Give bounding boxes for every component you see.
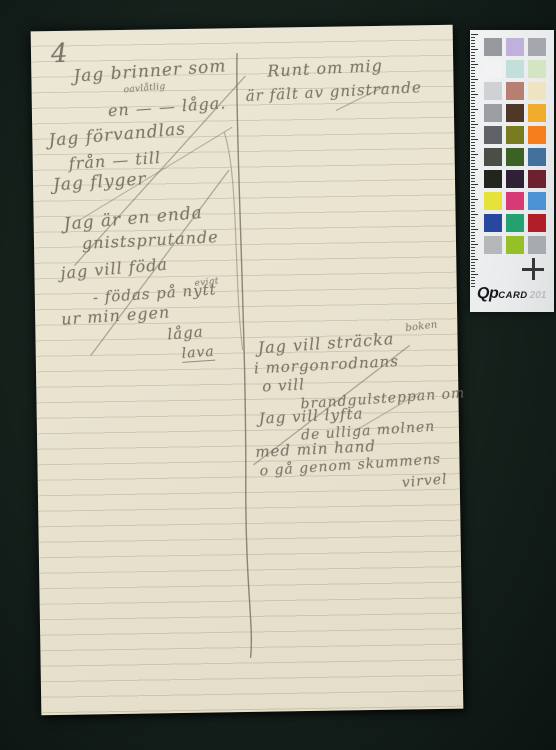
handwritten-line: en — — låga. <box>107 93 227 120</box>
color-patch-r10-c3 <box>528 236 546 254</box>
color-patch-r5-c2 <box>506 126 524 144</box>
color-patch-r1-c1 <box>484 38 502 56</box>
manuscript-page: 4 Jag brinner som oavlåtlig en — — låga.… <box>31 25 464 716</box>
handwritten-line: är fält av gnistrande <box>245 78 422 105</box>
color-patch-grid <box>484 38 546 254</box>
color-patch-r3-c1 <box>484 82 502 100</box>
handwritten-line: låga <box>167 322 205 343</box>
handwritten-line: Jag flyger <box>52 169 147 195</box>
color-patch-r5-c3 <box>528 126 546 144</box>
handwritten-line: lava <box>181 344 215 363</box>
color-patch-r4-c1 <box>484 104 502 122</box>
color-patch-r5-c1 <box>484 126 502 144</box>
color-patch-r4-c2 <box>506 104 524 122</box>
color-patch-r8-c3 <box>528 192 546 210</box>
photograph-background: 4 Jag brinner som oavlåtlig en — — låga.… <box>0 0 556 750</box>
color-patch-r7-c1 <box>484 170 502 188</box>
color-patch-r7-c3 <box>528 170 546 188</box>
color-patch-r7-c2 <box>506 170 524 188</box>
crosshair-vertical <box>532 258 535 280</box>
color-calibration-card: QpCARD201 <box>470 30 554 312</box>
page-number: 4 <box>50 38 69 69</box>
color-patch-r6-c1 <box>484 148 502 166</box>
color-patch-r9-c1 <box>484 214 502 232</box>
qpcard-logo: QpCARD201 <box>477 285 551 303</box>
bracket-stroke <box>224 132 242 350</box>
handwritten-insertion: oavlåtlig <box>123 82 166 96</box>
crosshair-registration-mark <box>522 258 544 280</box>
qpcard-logo-number: 201 <box>530 290 547 301</box>
handwritten-line: från — till <box>68 148 161 173</box>
color-patch-r8-c1 <box>484 192 502 210</box>
color-patch-r8-c2 <box>506 192 524 210</box>
color-patch-r2-c1 <box>484 60 502 78</box>
color-patch-r9-c3 <box>528 214 546 232</box>
handwritten-line: o vill <box>262 375 306 395</box>
color-patch-r4-c3 <box>528 104 546 122</box>
color-patch-r10-c1 <box>484 236 502 254</box>
color-patch-r6-c2 <box>506 148 524 166</box>
handwritten-insertion: boken <box>405 319 438 334</box>
color-patch-r2-c2 <box>506 60 524 78</box>
handwritten-line: Runt om mig <box>267 56 383 81</box>
handwritten-line: Jag förvandlas <box>48 119 187 151</box>
qpcard-logo-card: CARD <box>498 290 527 301</box>
color-patch-r3-c2 <box>506 82 524 100</box>
color-patch-r10-c2 <box>506 236 524 254</box>
color-patch-r6-c3 <box>528 148 546 166</box>
handwritten-line: jag vill föda <box>60 255 169 283</box>
handwritten-line: virvel <box>401 471 448 491</box>
ruler-major-ticks <box>471 34 478 288</box>
column-divider-line <box>236 53 251 658</box>
handwritten-line: ur min egen <box>61 302 171 328</box>
qpcard-logo-qp: Qp <box>477 285 498 302</box>
color-patch-r2-c3 <box>528 60 546 78</box>
color-patch-r1-c3 <box>528 38 546 56</box>
color-patch-r1-c2 <box>506 38 524 56</box>
ruler-scale <box>470 34 482 288</box>
color-patch-r9-c2 <box>506 214 524 232</box>
color-patch-r3-c3 <box>528 82 546 100</box>
